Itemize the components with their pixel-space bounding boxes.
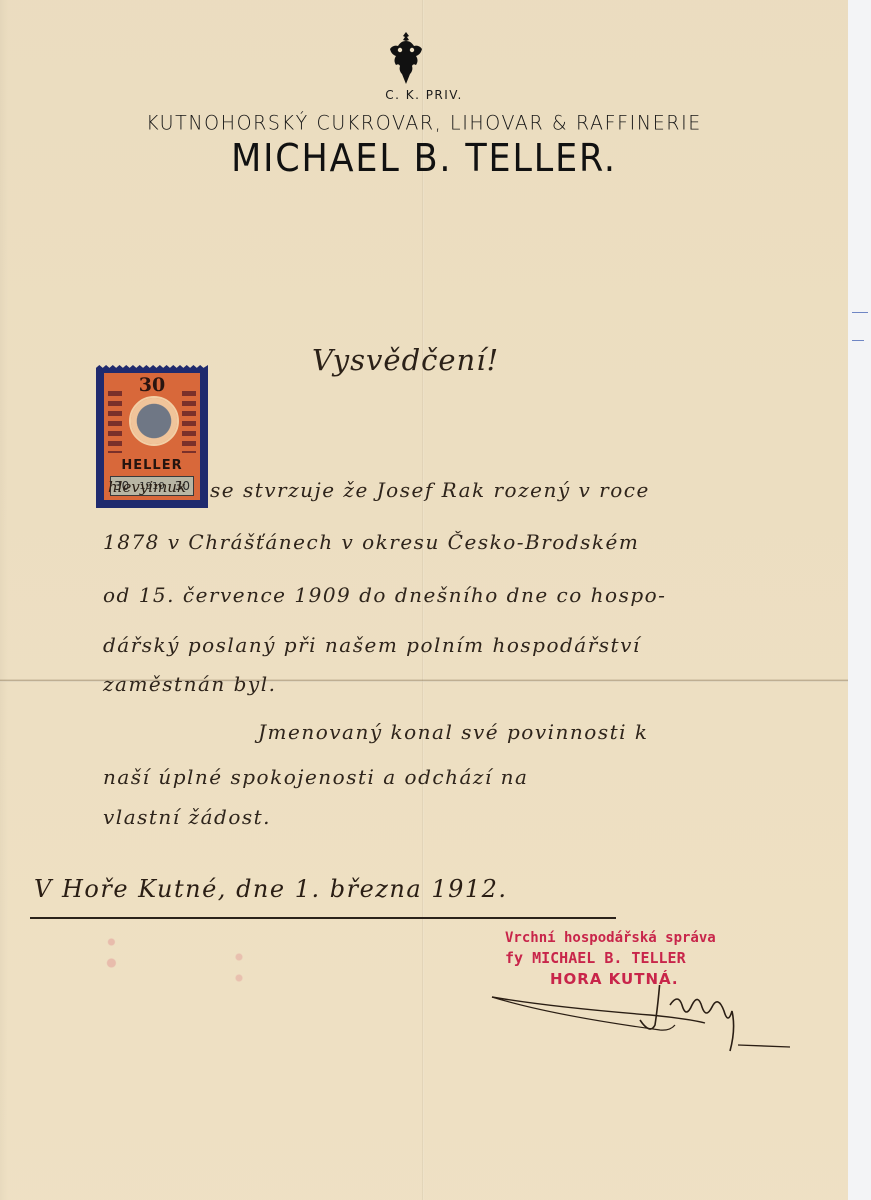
body-line-1: se stvrzuje že Josef Rak rozený v roce: [210, 478, 650, 502]
body-line-5: zaměstnán byl.: [103, 672, 276, 696]
body-line-7: naší úplné spokojenosti a odchází na: [103, 765, 528, 789]
scan-edge-mark: [852, 312, 868, 313]
stamp-ornament-left-icon: [108, 391, 122, 453]
stamp-ornament-right-icon: [182, 391, 196, 453]
stamp-cancellation-handwriting: hlevyimuk: [108, 478, 186, 496]
stamp-value: 30: [104, 374, 200, 396]
privilege-line: C. K. PRIV.: [0, 88, 848, 102]
body-line-3: od 15. července 1909 do dnešního dne co …: [103, 583, 666, 607]
scan-background-strip: [848, 0, 871, 1200]
body-line-4: dářský poslaný při našem polním hospodář…: [103, 633, 641, 657]
body-line-6: Jmenovaný konal své povinnosti k: [258, 720, 649, 744]
signature: Hána: [490, 985, 810, 1075]
owner-name: MICHAEL B. TELLER.: [34, 136, 814, 180]
company-line: KUTNOHORSKÝ CUKROVAR, LIHOVAR & RAFFINER…: [0, 111, 848, 134]
stamp-currency: HELLER: [104, 458, 200, 473]
body-line-8: vlastní žádost.: [103, 805, 271, 829]
place-and-date: V Hoře Kutné, dne 1. března 1912.: [34, 875, 508, 903]
document-title: Vysvědčení!: [312, 343, 499, 377]
estate-stamp-line-1: Vrchní hospodářská správa: [505, 930, 716, 946]
letter-paper: C. K. PRIV. KUTNOHORSKÝ CUKROVAR, LIHOVA…: [0, 0, 848, 1200]
scan-edge-mark: [852, 340, 864, 341]
emperor-portrait-icon: [129, 396, 179, 446]
double-headed-eagle-icon: [389, 32, 423, 84]
faded-stamp-impression: [85, 930, 305, 990]
estate-stamp-line-2: fy MICHAEL B. TELLER: [505, 949, 686, 967]
date-underline: [30, 917, 616, 919]
body-line-2: 1878 v Chrášťánech v okresu Česko-Brodsk…: [103, 530, 639, 554]
signature-text: Hána: [490, 985, 493, 986]
